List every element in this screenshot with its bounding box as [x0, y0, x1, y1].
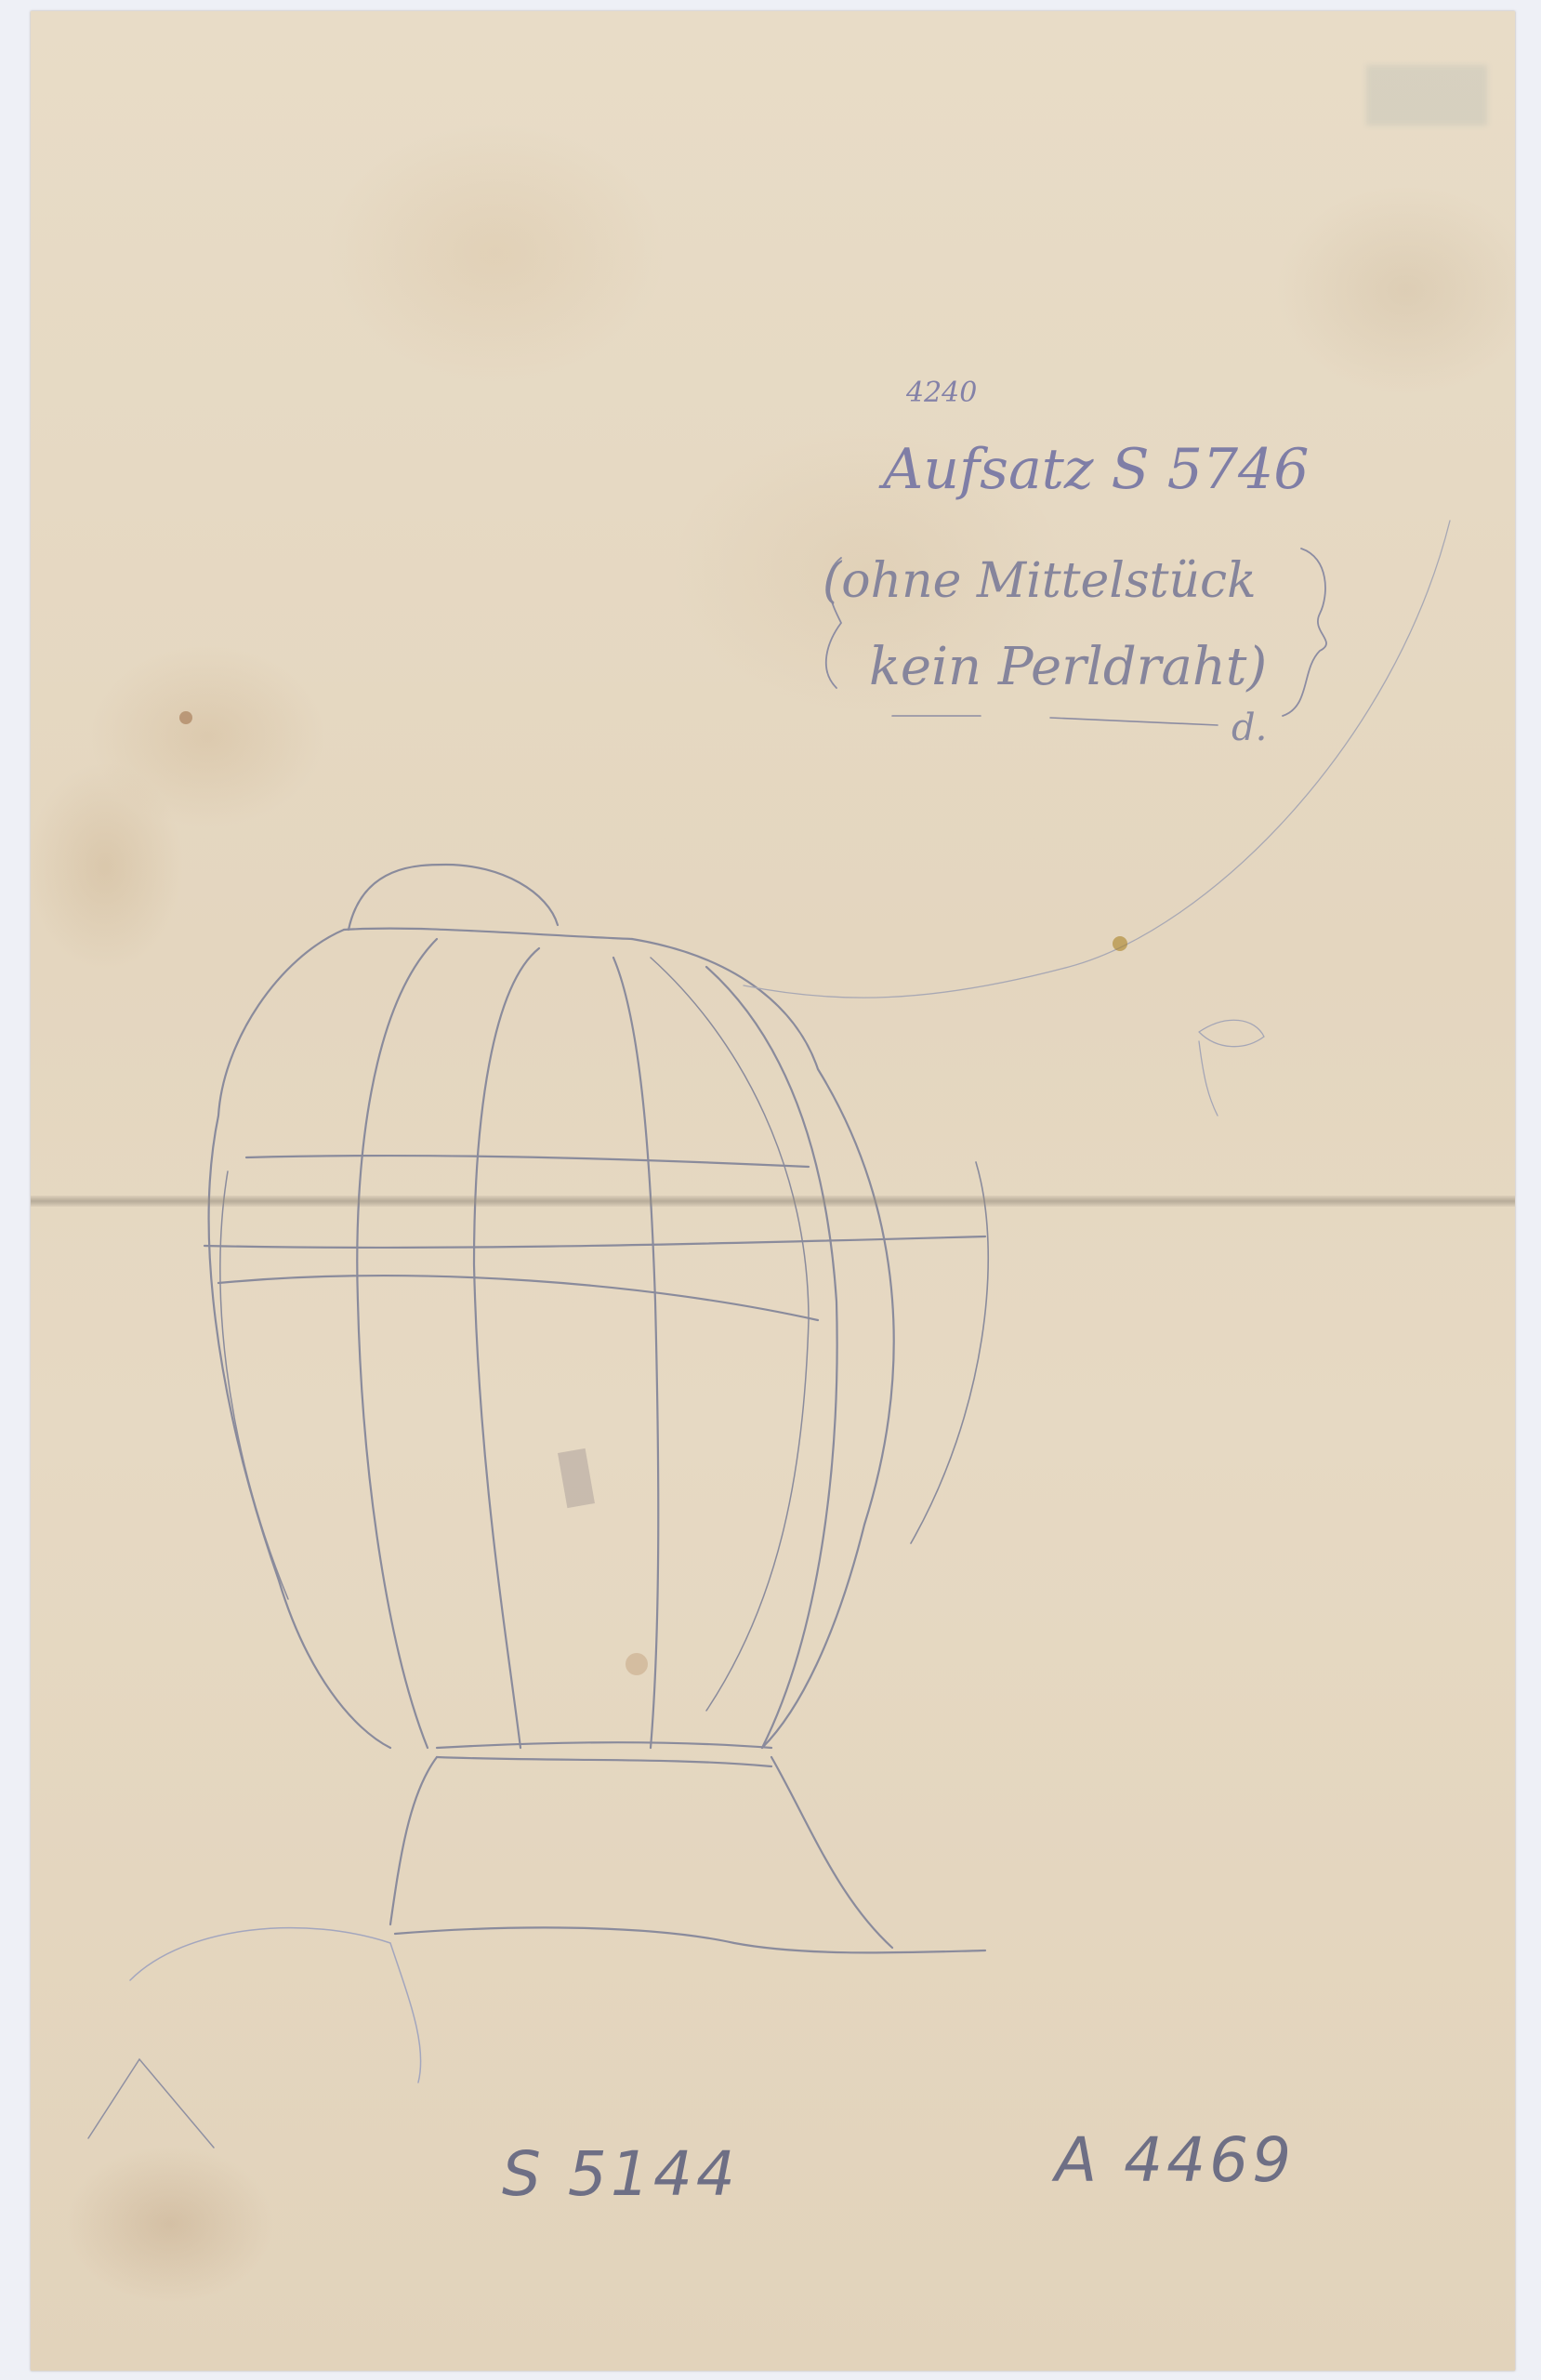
annotation-mark: d.: [1231, 707, 1267, 749]
annotation-number: 4240: [906, 377, 977, 409]
annotation-title: Aufsatz S 5746: [883, 437, 1309, 502]
catalog-number-left: S 5144: [502, 2138, 739, 2210]
paper-fold-crease: [31, 1196, 1515, 1207]
vessel-sketch: [0, 0, 1541, 2380]
annotation-line-1: (ohne Mittelstück: [823, 553, 1257, 609]
catalog-number-right: A 4469: [1055, 2124, 1295, 2196]
annotation-line-2: kein Perldraht): [869, 637, 1267, 697]
